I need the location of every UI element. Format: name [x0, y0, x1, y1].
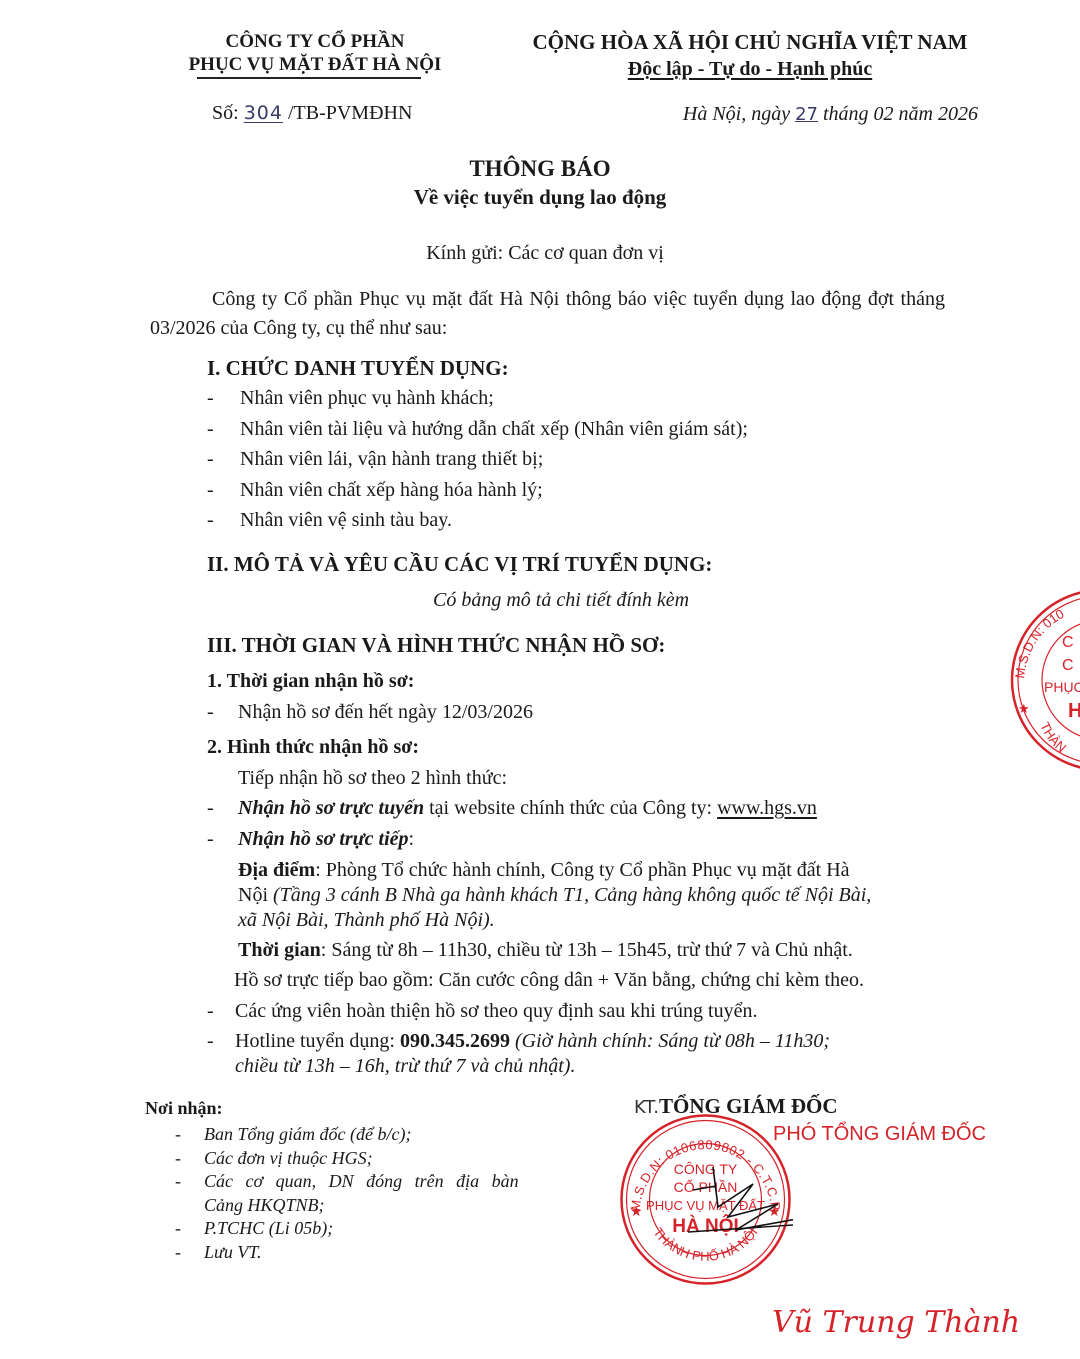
- complete-item: - Các ứng viên hoàn thiện hồ sơ theo quy…: [207, 1000, 757, 1023]
- methods-intro: Tiếp nhận hồ sơ theo 2 hình thức:: [238, 767, 507, 790]
- recipient-item: -Lưu VT.: [175, 1242, 262, 1263]
- bullet-dash: -: [175, 1124, 181, 1145]
- section-3-heading: III. THỜI GIAN VÀ HÌNH THỨC NHẬN HỒ SƠ:: [207, 633, 665, 658]
- location-text: : Phòng Tổ chức hành chính, Công ty Cổ p…: [315, 859, 849, 881]
- subsection-2-heading: 2. Hình thức nhận hồ sơ:: [207, 736, 419, 759]
- recipient-text: Các đơn vị thuộc HGS;: [204, 1148, 373, 1168]
- bullet-dash: -: [175, 1242, 181, 1263]
- recipient-text: Các cơ quan, DN đóng trên địa bàn: [204, 1171, 519, 1191]
- bullet-dash: -: [175, 1171, 181, 1192]
- recipient-item: -Ban Tổng giám đốc (để b/c);: [175, 1124, 411, 1145]
- recipient-item: Cảng HKQTNB;: [175, 1195, 325, 1216]
- svg-text:HÀ NỘI: HÀ NỘI: [672, 1215, 739, 1237]
- hotline-note-2: chiều từ 13h – 16h, trừ thứ 7 và chủ nhậ…: [235, 1055, 575, 1078]
- intro-paragraph: Công ty Cổ phần Phục vụ mặt đất Hà Nội t…: [150, 285, 945, 343]
- section-1-heading: I. CHỨC DANH TUYỂN DỤNG:: [207, 356, 509, 381]
- docs-line: Hồ sơ trực tiếp bao gồm: Căn cước công d…: [234, 969, 864, 992]
- bullet-dash: -: [207, 828, 214, 851]
- document-date: Hà Nội, ngày 27 tháng 02 năm 2026: [683, 103, 978, 126]
- position-item: -Nhân viên lái, vận hành trang thiết bị;: [207, 448, 543, 471]
- position-item: -Nhân viên vệ sinh tàu bay.: [207, 509, 452, 532]
- bullet-dash: -: [207, 479, 214, 502]
- online-label: Nhận hồ sơ trực tuyến: [238, 797, 424, 819]
- time-text: : Sáng từ 8h – 11h30, chiều từ 13h – 15h…: [321, 939, 853, 961]
- time-label: Thời gian: [238, 939, 321, 961]
- deputy-title: PHÓ TỔNG GIÁM ĐỐC: [773, 1123, 986, 1146]
- svg-text:PHỤC: PHỤC: [1044, 679, 1080, 695]
- complete-text: Các ứng viên hoàn thiện hồ sơ theo quy đ…: [235, 1000, 757, 1022]
- number-prefix: Số:: [212, 102, 244, 124]
- hotline-item: - Hotline tuyển dụng: 090.345.2699 (Giờ …: [207, 1030, 830, 1053]
- deadline-item: - Nhận hồ sơ đến hết ngày 12/03/2026: [207, 701, 533, 724]
- recipient-text: Ban Tổng giám đốc (để b/c);: [204, 1124, 411, 1144]
- recipient-text: P.TCHC (Li 05b);: [204, 1218, 333, 1238]
- bullet-dash: -: [207, 1000, 214, 1023]
- direct-method: - Nhận hồ sơ trực tiếp:: [207, 828, 414, 851]
- document-number: Số: 304 /TB-PVMĐHN: [212, 102, 412, 125]
- section-2-note: Có bảng mô tả chi tiết đính kèm: [433, 589, 689, 612]
- location-line2-italic: (Tầng 3 cánh B Nhà ga hành khách T1, Cản…: [273, 884, 871, 906]
- org-line-1: CÔNG TY CỔ PHẦN: [160, 30, 470, 53]
- svg-text:C: C: [1062, 657, 1074, 674]
- addressee-line: Kính gửi: Các cơ quan đơn vị: [0, 242, 1080, 265]
- svg-text:C: C: [1062, 634, 1074, 651]
- bullet-dash: -: [207, 701, 214, 724]
- deadline-text: Nhận hồ sơ đến hết ngày 12/03/2026: [238, 701, 533, 723]
- svg-text:★: ★: [630, 1205, 643, 1220]
- section-2-heading: II. MÔ TẢ VÀ YÊU CẦU CÁC VỊ TRÍ TUYỂN DỤ…: [207, 552, 712, 577]
- date-suffix: tháng 02 năm 2026: [818, 103, 978, 125]
- document-title: THÔNG BÁO: [0, 156, 1080, 182]
- seal-icon: M.S.D.N: 0106809802 - C.T.C.P THÀNH PHỐ …: [618, 1112, 793, 1287]
- svg-text:CÔNG TY: CÔNG TY: [674, 1161, 738, 1177]
- position-item: -Nhân viên chất xếp hàng hóa hành lý;: [207, 479, 543, 502]
- location-line-2: Nội (Tầng 3 cánh B Nhà ga hành khách T1,…: [238, 884, 871, 907]
- bullet-dash: -: [207, 448, 214, 471]
- svg-text:★: ★: [1018, 701, 1030, 716]
- svg-text:H: H: [1068, 700, 1080, 722]
- number-handwritten: 304: [244, 102, 283, 124]
- bullet-dash: -: [207, 1030, 214, 1053]
- bullet-dash: -: [175, 1218, 181, 1239]
- bullet-dash: -: [207, 509, 214, 532]
- recipient-text: Cảng HKQTNB;: [204, 1195, 325, 1215]
- position-item: -Nhân viên tài liệu và hướng dẫn chất xế…: [207, 418, 748, 441]
- date-day-handwritten: 27: [795, 104, 818, 125]
- position-name: Nhân viên lái, vận hành trang thiết bị;: [240, 448, 543, 470]
- time-line: Thời gian: Sáng từ 8h – 11h30, chiều từ …: [238, 939, 853, 962]
- document-subtitle: Về việc tuyển dụng lao động: [0, 185, 1080, 210]
- bullet-dash: -: [175, 1148, 181, 1169]
- online-text: tại website chính thức của Công ty:: [424, 797, 717, 819]
- number-suffix: /TB-PVMĐHN: [283, 102, 412, 124]
- bullet-dash: -: [207, 418, 214, 441]
- recipient-item: -Các cơ quan, DN đóng trên địa bàn: [175, 1171, 519, 1192]
- direct-label: Nhận hồ sơ trực tiếp: [238, 828, 409, 850]
- location-line2-start: Nội: [238, 884, 273, 906]
- hotline-number[interactable]: 090.345.2699: [400, 1030, 510, 1052]
- org-line-2: PHỤC VỤ MẶT ĐẤT HÀ NỘI: [160, 53, 470, 76]
- svg-text:CỔ PHẦN: CỔ PHẦN: [674, 1178, 738, 1195]
- subsection-1-heading: 1. Thời gian nhận hồ sơ:: [207, 670, 414, 693]
- location-line-1: Địa điểm: Phòng Tổ chức hành chính, Công…: [238, 859, 850, 882]
- national-title: CỘNG HÒA XÃ HỘI CHỦ NGHĨA VIỆT NAM: [505, 30, 995, 54]
- recipient-text: Lưu VT.: [204, 1242, 262, 1262]
- position-name: Nhân viên chất xếp hàng hóa hành lý;: [240, 479, 543, 501]
- company-website-link[interactable]: www.hgs.vn: [717, 797, 817, 819]
- location-line-3: xã Nội Bài, Thành phố Hà Nội).: [238, 909, 495, 932]
- issuing-organization: CÔNG TY CỔ PHẦN PHỤC VỤ MẶT ĐẤT HÀ NỘI: [160, 30, 470, 76]
- edge-seal-icon: M.S.D.N: 010 THÀN ★ C C PHỤC H: [1010, 585, 1080, 775]
- position-name: Nhân viên tài liệu và hướng dẫn chất xếp…: [240, 418, 748, 440]
- position-item: -Nhân viên phục vụ hành khách;: [207, 387, 494, 410]
- recipient-item: -Các đơn vị thuộc HGS;: [175, 1148, 373, 1169]
- location-label: Địa điểm: [238, 859, 315, 881]
- recipients-heading: Nơi nhận:: [145, 1098, 223, 1119]
- svg-text:THÀN: THÀN: [1037, 720, 1069, 756]
- online-method: - Nhận hồ sơ trực tuyến tại website chín…: [207, 797, 817, 820]
- company-seal: M.S.D.N: 0106809802 - C.T.C.P THÀNH PHỐ …: [618, 1112, 793, 1292]
- recipient-item: -P.TCHC (Li 05b);: [175, 1218, 333, 1239]
- position-name: Nhân viên vệ sinh tàu bay.: [240, 509, 452, 531]
- svg-text:★: ★: [768, 1205, 781, 1220]
- date-prefix: Hà Nội, ngày: [683, 103, 795, 125]
- signer-name: Vũ Trung Thành: [772, 1305, 1020, 1340]
- hotline-note-1: (Giờ hành chính: Sáng từ 08h – 11h30;: [510, 1030, 830, 1052]
- org-divider: [197, 77, 421, 79]
- position-name: Nhân viên phục vụ hành khách;: [240, 387, 494, 409]
- page-edge-seal: M.S.D.N: 010 THÀN ★ C C PHỤC H: [1010, 585, 1080, 775]
- svg-text:PHỤC VỤ MẶT ĐẤT: PHỤC VỤ MẶT ĐẤT: [646, 1198, 765, 1213]
- bullet-dash: -: [207, 387, 214, 410]
- bullet-dash: -: [207, 797, 214, 820]
- direct-colon: :: [409, 828, 415, 850]
- hotline-label: Hotline tuyển dụng:: [235, 1030, 400, 1052]
- national-motto: Độc lập - Tự do - Hạnh phúc: [505, 58, 995, 81]
